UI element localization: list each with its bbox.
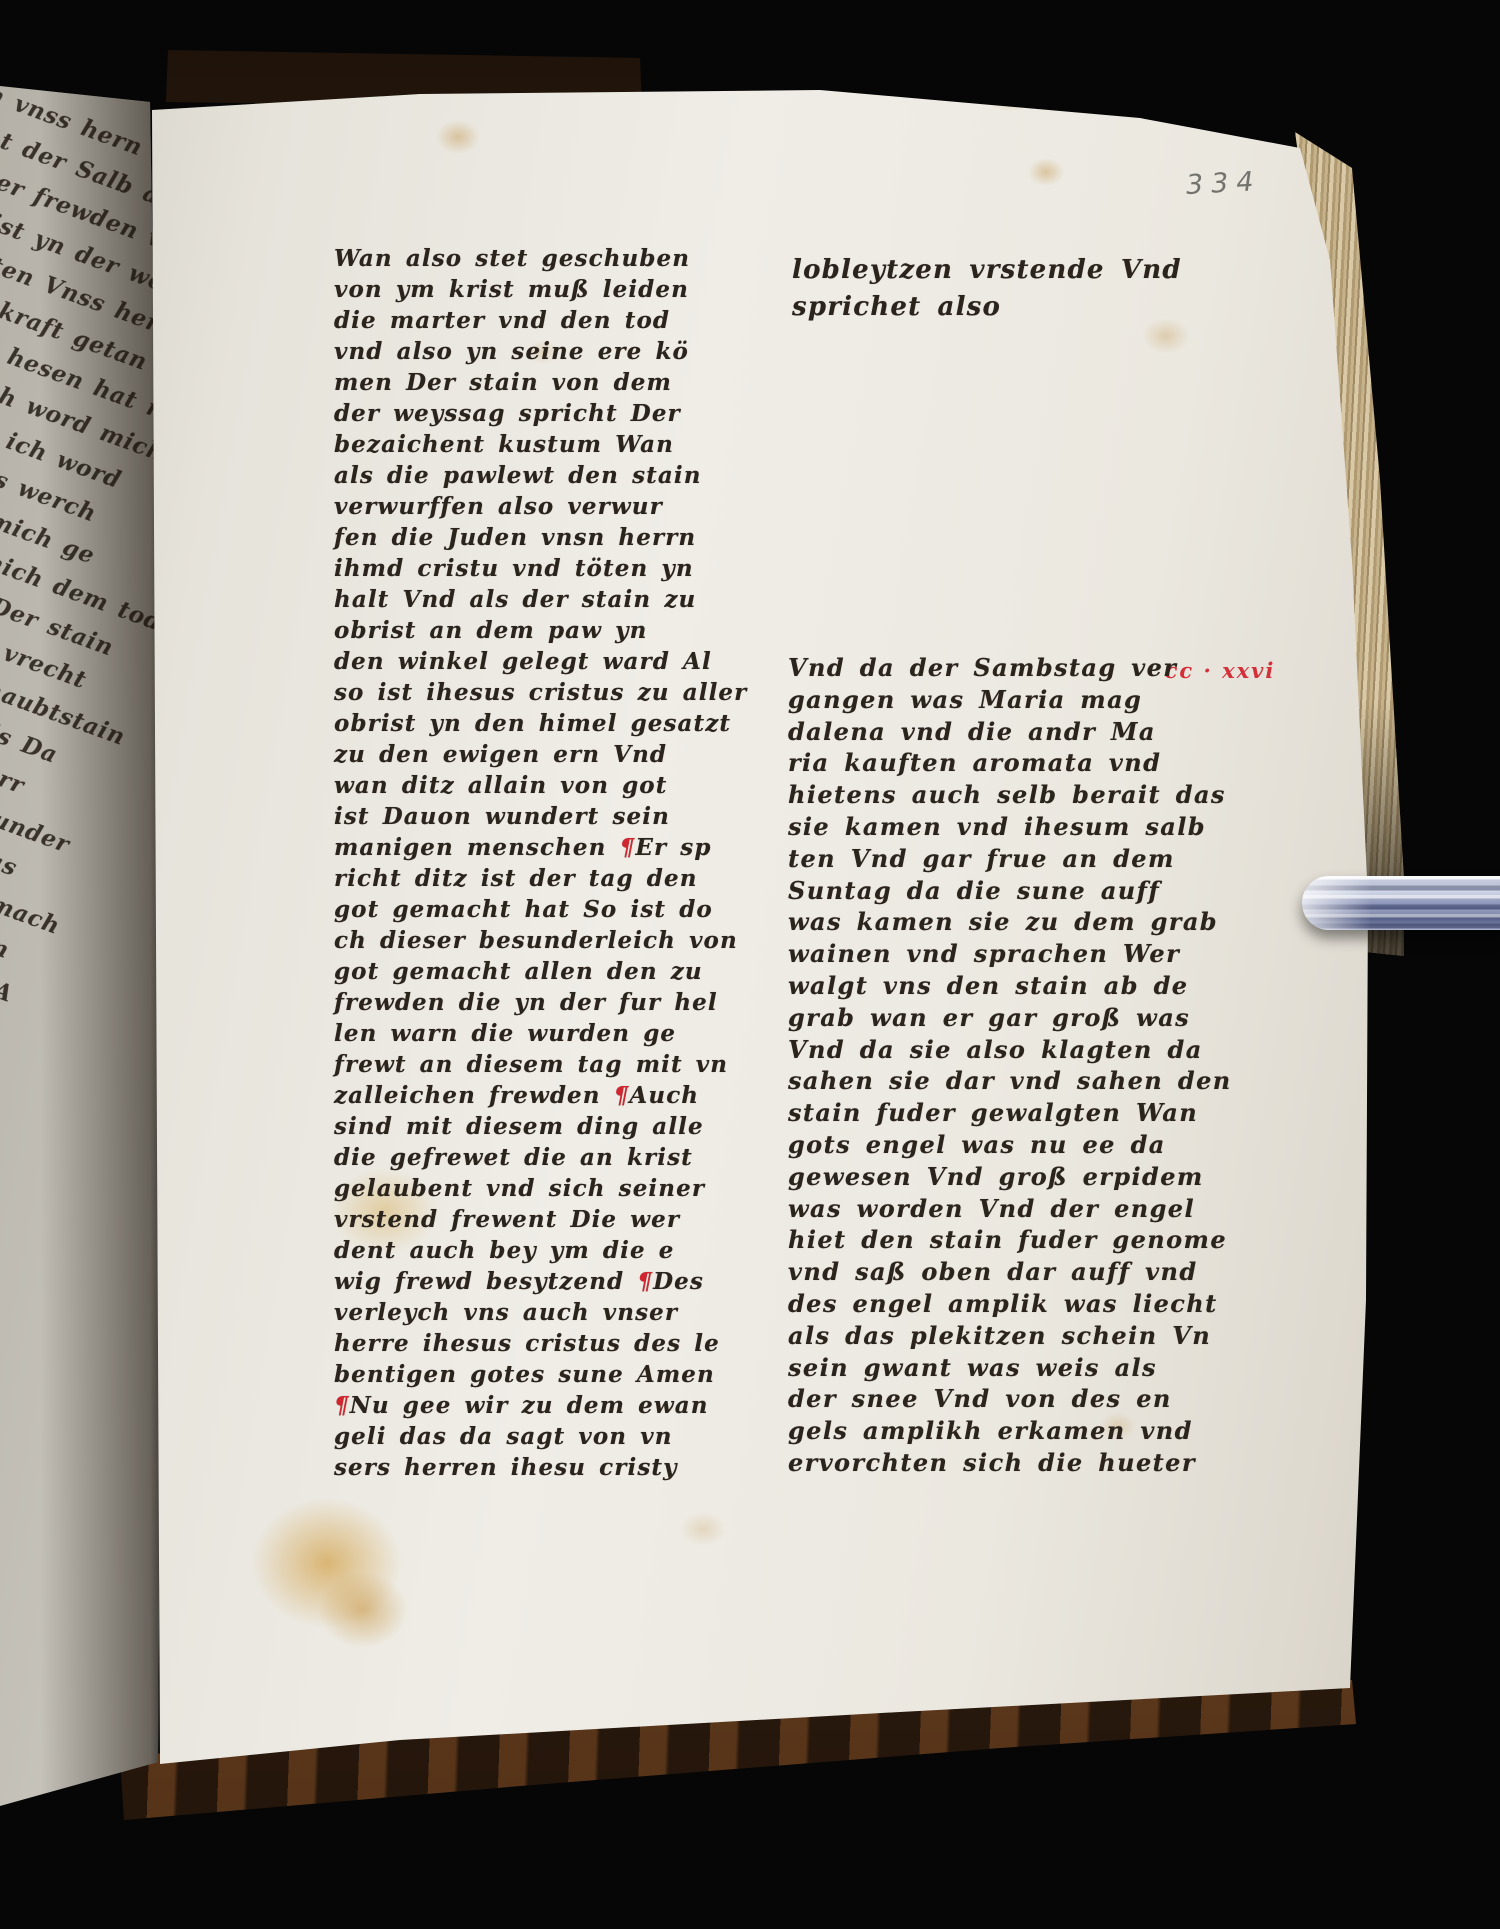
text-line: grossen frewden von vnsm xyxy=(0,929,27,1103)
text-line: herrn vrstend Wan got die xyxy=(0,966,14,1140)
stain xyxy=(252,1498,402,1628)
text-line: ¶Nu gee wir zu dem ewan xyxy=(334,1390,747,1421)
text-line: sein gwant was weis als xyxy=(788,1352,1232,1384)
text-line: lich yn vnsn augen das xyxy=(0,741,96,915)
text-line: ervorchten sich die hueter xyxy=(788,1447,1232,1479)
text-line: gels amplikh erkamen vnd xyxy=(788,1415,1232,1447)
text-line: wurden des winkels Da xyxy=(0,628,137,802)
text-line: herre ihesus cristus des le xyxy=(334,1328,747,1359)
text-line: verleych vns auch vnser xyxy=(334,1297,747,1328)
text-line: wig frewd besytzend ¶Des xyxy=(334,1266,747,1297)
text-line: der ist zu amen haubtstain xyxy=(0,590,150,764)
text-line: den die pawlewt vrecht xyxy=(0,553,164,727)
illuminated-initial xyxy=(300,80,1420,1260)
text-line: ist der tag den got gemach xyxy=(0,778,82,952)
initial-letter-value: V xyxy=(0,0,1,1)
text-line: bentigen gotes sune Amen xyxy=(334,1359,747,1390)
text-line: des engel amplik was liecht xyxy=(788,1288,1232,1320)
manuscript-photo: von vnss hern vrstend snicht der Salb al… xyxy=(0,0,1500,1929)
stain xyxy=(978,62,1042,112)
text-line: vnd saß oben dar auff vnd xyxy=(788,1256,1232,1288)
stain xyxy=(680,1512,726,1546)
right-page: 334 lobleytzen vrstende Vndsprichet also… xyxy=(0,0,1500,1929)
text-line: vnd sein fröleich an ym A xyxy=(0,853,55,1027)
text-line: nicht gegeben Der stain xyxy=(0,515,178,689)
text-line: rad tode der weyssag yn xyxy=(0,891,41,1065)
text-line: mg ist von vnsm herr xyxy=(0,665,123,839)
text-line: geli das da sagt von vn xyxy=(334,1421,747,1452)
text-line: hat Vor sullen vns frewn xyxy=(0,816,68,990)
text-line: sers herren ihesu cristy xyxy=(334,1452,747,1483)
stain xyxy=(318,1572,408,1648)
text-line: der snee Vnd von des en xyxy=(788,1383,1232,1415)
text-line: geschehen vnd ist wunder xyxy=(0,703,109,877)
glass-page-weight-rod xyxy=(1302,876,1500,930)
text-line: als das plekitzen schein Vn xyxy=(788,1320,1232,1352)
